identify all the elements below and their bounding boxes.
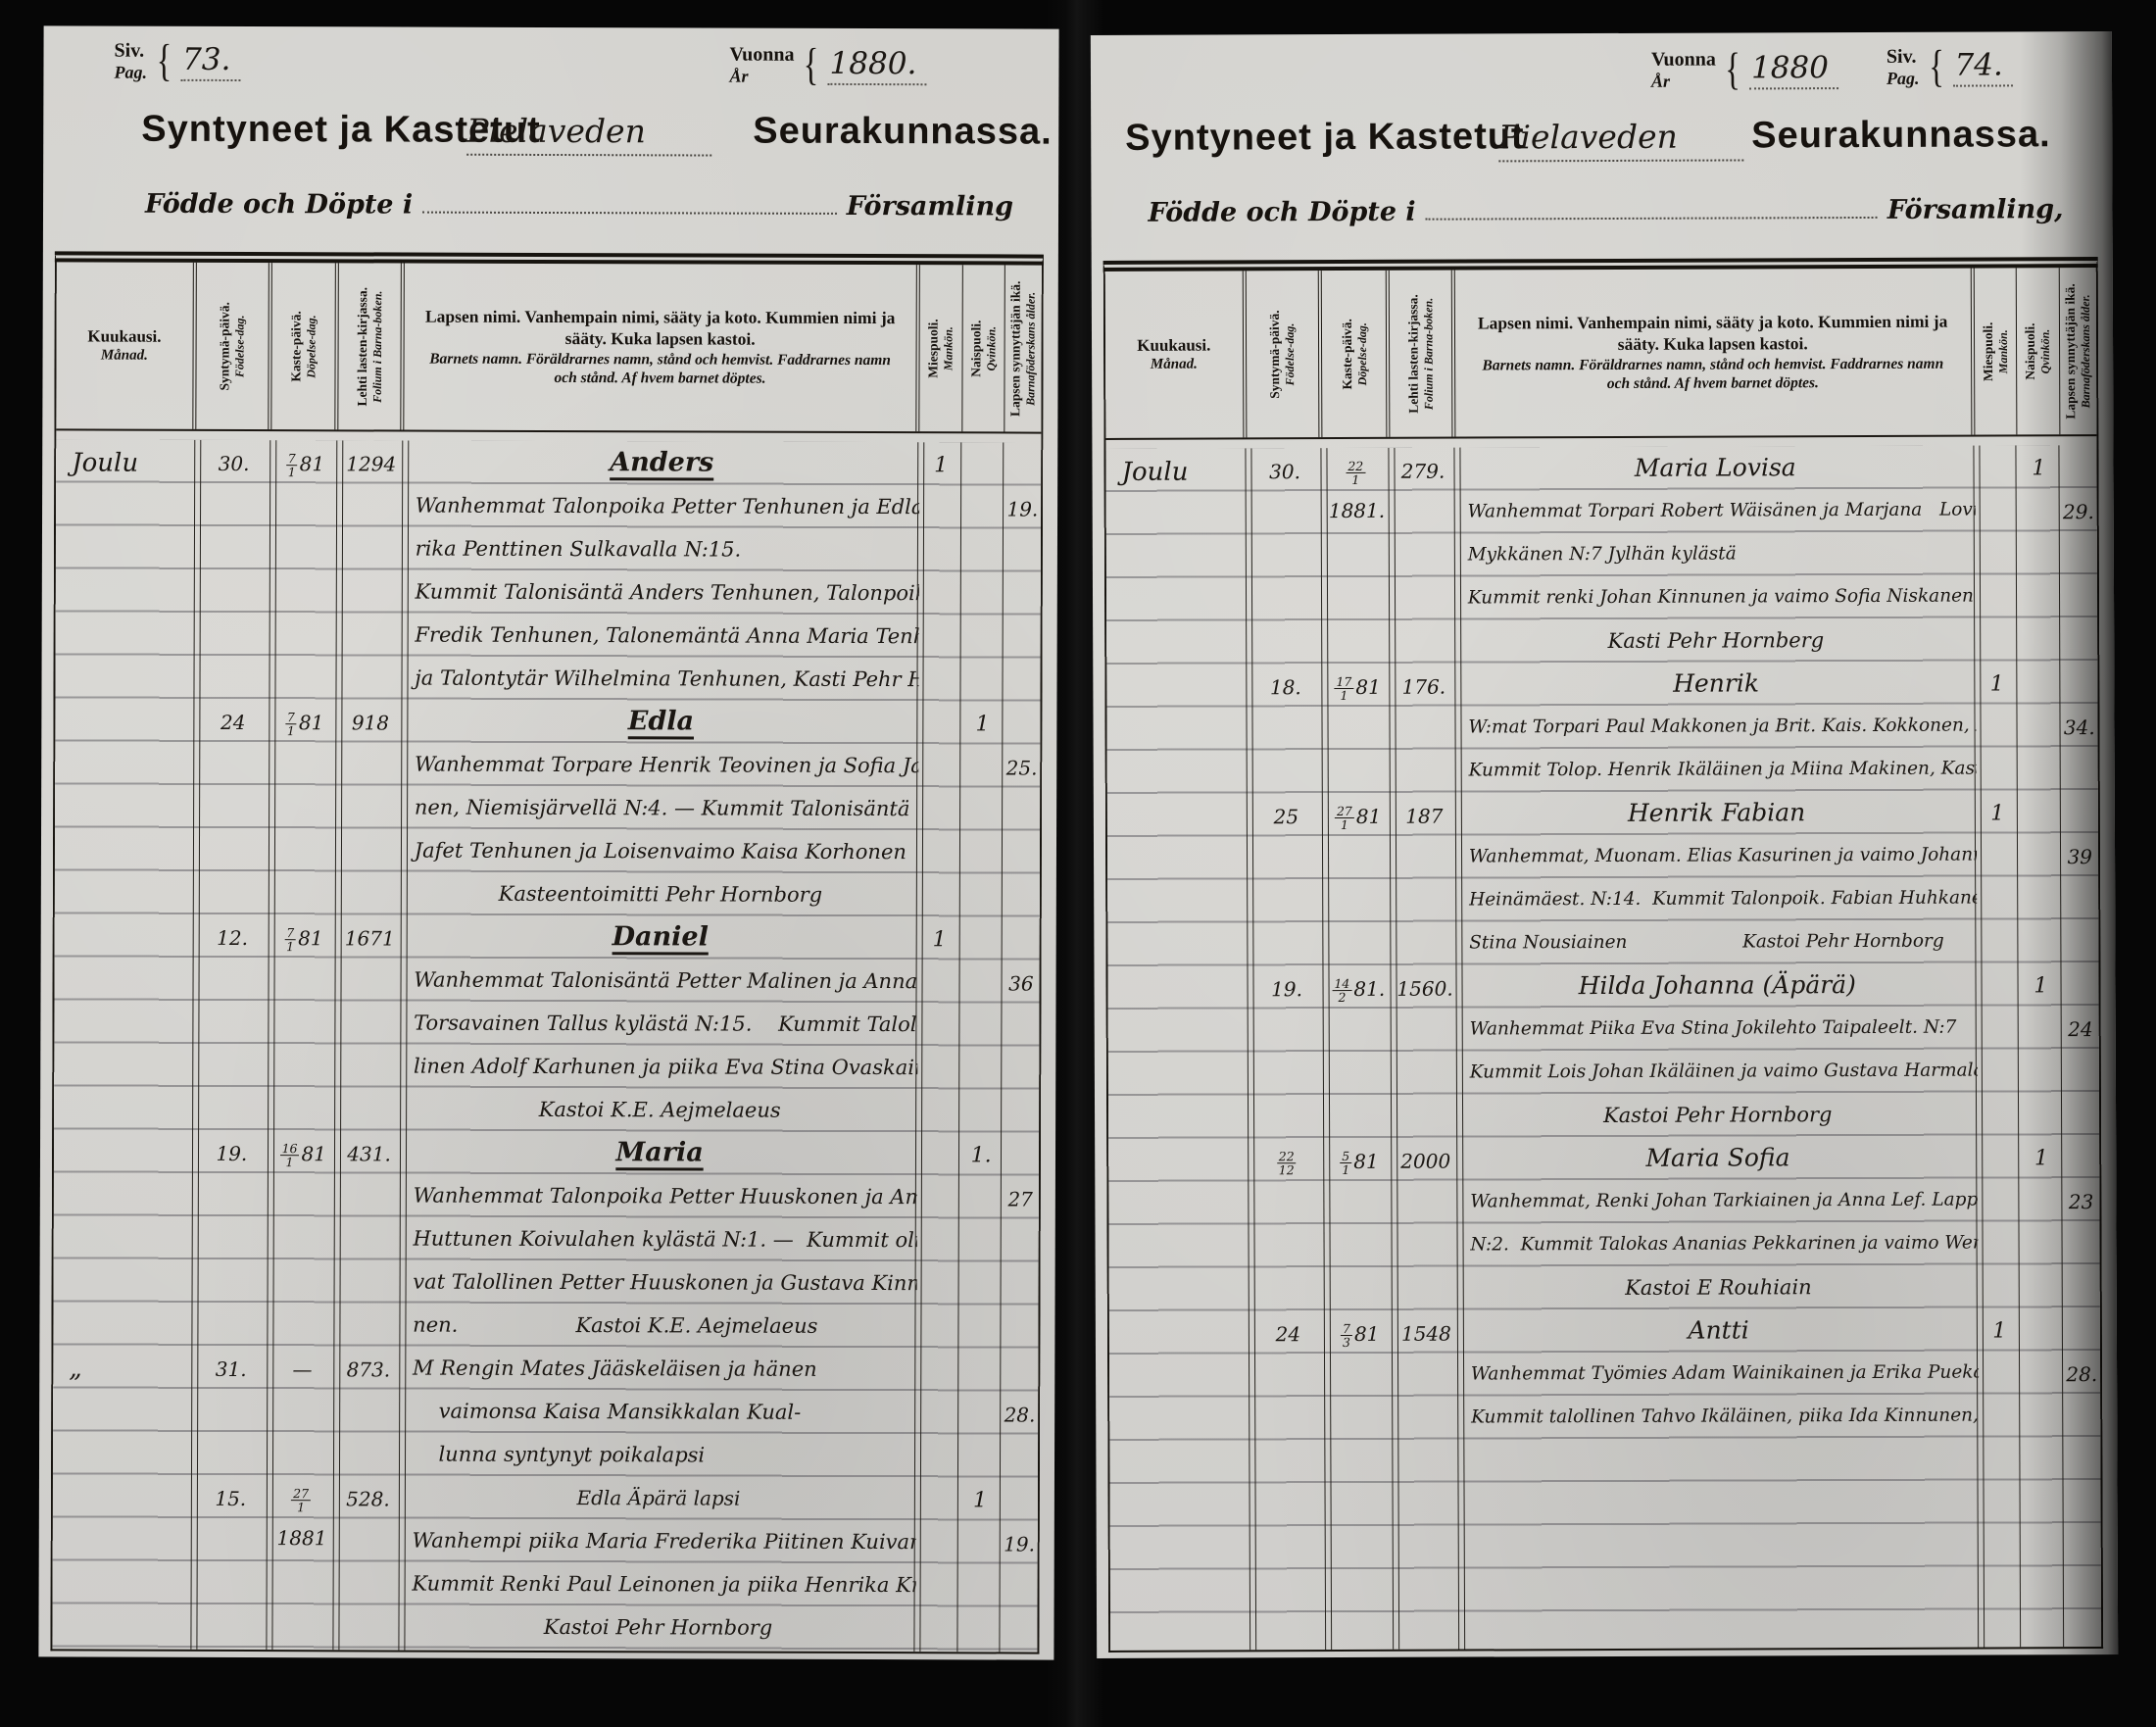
column-label-fi: Lapsen synnyttäjän ikä. — [1007, 280, 1024, 416]
column-label-sv: Döpelse-dag. — [1355, 319, 1370, 389]
entry-main-text: Henrik FabianWanhemmat, Muonam. Elias Ka… — [1457, 791, 1977, 965]
entry-female-mark: 1 — [2020, 962, 2063, 1135]
entry-mother-age: 27 — [1002, 1132, 1039, 1348]
entry-text-line: rika Penttinen Sulkavalla N:15. — [416, 527, 908, 572]
entry-main-text: M Rengin Mates Jääskeläisen ja hänen vai… — [401, 1347, 917, 1478]
entry-baptism-date: 7181 — [269, 914, 337, 1130]
entry-text-line: Stina Nousiainen Kastoi Pehr Hornborg — [1469, 920, 1965, 965]
entry-month: „ — [53, 1345, 193, 1474]
register-entry: 19. 14281. 1560. Hilda Johanna (Äpärä)Wa… — [1107, 962, 2099, 1139]
column-header-baptism: Kaste-päivä. Döpelse-dag. — [271, 263, 339, 429]
page-header-right: Vuonna År { 1880 Siv. Pag. { 74. Syntyne… — [1091, 31, 2113, 261]
register-entry: Joulu 30. 7181 1294 AndersWanhemmat Talo… — [55, 439, 1041, 701]
entry-birth-date: 25 — [1248, 793, 1325, 965]
column-header-folio: Lehti lasten-kirjassa. Folium i Barna-bo… — [339, 263, 405, 429]
column-label-sv: Månad. — [87, 347, 161, 366]
entry-folio-number: 918 — [337, 699, 403, 914]
entry-main-text: MariaWanhemmat Talonpoika Petter Huuskon… — [401, 1131, 917, 1349]
entry-text-line: linen Adolf Karhunen ja piika Eva Stina … — [414, 1045, 906, 1090]
column-header-female: Naispuoli. Qvinkön. — [2017, 268, 2060, 434]
stacked-date: 171 — [1334, 675, 1353, 702]
column-header-folio: Lehti lasten-kirjassa. Folium i Barna-bo… — [1390, 271, 1455, 437]
column-label-fi: Kaste-päivä. — [288, 311, 304, 381]
entry-text-line: nen. Kastoi K.E. Aejmelaeus — [413, 1304, 906, 1349]
register-page-right: Vuonna År { 1880 Siv. Pag. { 74. Syntyne… — [1091, 31, 2118, 1658]
entry-folio-number: 279. — [1391, 448, 1457, 664]
entry-baptism-date: 16181 — [269, 1130, 336, 1346]
register-entry: 24 7381 1548 AnttiWanhemmat Työmies Adam… — [1109, 1308, 2100, 1441]
entry-child-name: Maria Sofia — [1470, 1136, 1966, 1181]
stacked-date: 161 — [280, 1142, 300, 1168]
entry-birth-date: 18. — [1248, 664, 1324, 793]
entry-text-line: Kummit renki Johan Kinnunen ja vaimo Sof… — [1468, 575, 1964, 620]
entry-female-mark — [2019, 790, 2062, 962]
entry-male-mark: 1 — [917, 916, 960, 1132]
column-header-month: Kuukausi. Månad. — [56, 262, 196, 428]
entry-main-text: EdlaWanhemmat Torpare Henrik Teovinen ja… — [403, 700, 919, 917]
column-label-fi: Kaste-päivä. — [1339, 319, 1354, 389]
entry-child-name: Maria Lovisa — [1467, 446, 1963, 491]
parish-name-handwritten: Pielaveden — [466, 112, 711, 157]
stacked-date: 142 — [1332, 977, 1351, 1004]
column-header-age: Lapsen synnyttäjän ikä. Barnaföderskans … — [1004, 265, 1042, 431]
register-entry: Joulu 30. 2211881. 279. Maria LovisaWanh… — [1105, 445, 2097, 665]
table-body: Joulu 30. 2211881. 279. Maria LovisaWanh… — [1105, 445, 2101, 1651]
entry-mother-age: 39 — [2061, 790, 2098, 962]
siv-label: Siv. — [114, 40, 147, 63]
entry-baptism-date: 27181 — [1324, 793, 1392, 965]
entry-mother-age: 29. — [2060, 445, 2097, 661]
entry-child-name: Edla — [415, 700, 907, 745]
entry-female-mark — [959, 1348, 1003, 1477]
entry-text-line: Kummit Talonisäntä Anders Tenhunen, Talo… — [415, 570, 907, 616]
entry-main-text: Hilda Johanna (Äpärä)Wanhemmat Piika Eva… — [1457, 963, 1977, 1138]
entry-male-mark — [916, 1477, 959, 1650]
column-label-fi: Syntymä-päivä. — [1267, 310, 1284, 398]
entry-birth-date: 2212 — [1249, 1138, 1327, 1310]
register-entry: 24 7181 918 EdlaWanhemmat Torpare Henrik… — [55, 698, 1041, 916]
register-entry: 25 27181 187 Henrik FabianWanhemmat, Muo… — [1107, 790, 2099, 966]
entry-baptizer-line: Kasti Pehr Hornberg — [1468, 618, 1964, 664]
entry-text-line: Wanhemmat Talonpoika Petter Huuskonen ja… — [414, 1174, 906, 1219]
entry-month — [1106, 664, 1248, 794]
pag-label: Pag. — [1886, 69, 1920, 89]
entry-text-line: Jafet Tenhunen ja Loisenvaimo Kaisa Korh… — [415, 829, 907, 874]
entry-birth-date: 31. — [193, 1346, 269, 1475]
siv-label: Siv. — [1886, 46, 1920, 69]
column-header-female: Naispuoli. Qvinkön. — [962, 265, 1005, 431]
entry-male-mark: 1 — [1976, 661, 2019, 790]
column-label-sv: Barnets namn. Föräldrarnes namn, stånd o… — [1476, 354, 1950, 394]
entry-mother-age: 24 — [2062, 962, 2099, 1135]
brace-glyph: { — [804, 47, 819, 83]
column-label-fi: Lapsen synnyttäjän ikä. — [2063, 283, 2080, 419]
column-header-main: Lapsen nimi. Vanhempain nimi, sääty ja k… — [1455, 269, 1975, 437]
parish-name-handwritten: Pielaveden — [1498, 117, 1743, 162]
subtitle-prefix: Födde och Döpte i — [145, 189, 413, 221]
entry-birth-date: 30. — [1247, 448, 1324, 664]
column-label-sv: Mankön. — [1996, 321, 2011, 380]
entry-child-name: Anders — [416, 441, 908, 486]
entry-baptism-date: 2711881 — [268, 1475, 335, 1648]
page-title-suffix: Seurakunnassa. — [753, 111, 1053, 154]
entry-male-mark — [1975, 445, 2018, 661]
entry-month: Joulu — [1105, 448, 1247, 665]
stacked-date: 221 — [1346, 460, 1365, 486]
entry-mother-age: 28. — [2063, 1308, 2100, 1437]
entry-child-name: Daniel — [414, 915, 906, 961]
entry-child-name: Maria — [414, 1131, 906, 1176]
entry-baptizer-line: Kastoi K.E. Aejmelaeus — [414, 1088, 906, 1133]
scanned-register-spread: Siv. Pag. { 73. Vuonna År { 1880. Syntyn… — [0, 0, 2156, 1727]
entry-birth-date: 19. — [193, 1130, 269, 1346]
entry-female-mark — [961, 442, 1004, 701]
column-label-sv: Folium i Barna-boken. — [370, 287, 385, 407]
year-value: 1880. — [828, 46, 927, 85]
column-label-sv: Qvinkön. — [2038, 322, 2053, 379]
entry-female-mark — [2021, 1308, 2064, 1437]
entry-text-line: Fredik Tenhunen, Talonemäntä Anna Maria … — [415, 614, 907, 659]
entry-folio-number: 1671 — [336, 914, 402, 1130]
register-entry: „ 31. — 873. M Rengin Mates Jääskeläisen… — [53, 1345, 1038, 1477]
stacked-date: 71 — [285, 711, 297, 737]
entry-female-mark — [960, 916, 1004, 1132]
entry-month: Joulu — [55, 439, 196, 698]
entry-female-mark: 1 — [2018, 445, 2061, 661]
column-label-sv: Barnets namn. Föräldrarnes namn, stånd o… — [424, 349, 896, 388]
column-header-baptism: Kaste-päivä. Döpelse-dag. — [1322, 271, 1390, 437]
entry-baptizer-line: Kastoi E Rouhiain — [1470, 1265, 1966, 1310]
entry-birth-date: 15. — [192, 1475, 269, 1648]
entry-mother-age: 36 — [1003, 916, 1040, 1132]
stacked-date: 271 — [1335, 805, 1354, 831]
entry-text-line: Wanhemmat Torpare Henrik Teovinen ja Sof… — [415, 743, 907, 788]
brace-glyph: { — [156, 43, 171, 79]
entry-text-line: N:2. Kummit Talokas Ananias Pekkarinen j… — [1470, 1222, 1966, 1267]
column-label-fi: Naispuoli. — [2023, 322, 2038, 379]
swedish-subtitle: Födde och Döpte i Församling, — [1148, 194, 2063, 228]
entry-female-mark: 1 — [2020, 1135, 2063, 1308]
entry-month — [55, 698, 195, 913]
entry-main-text: Edla Äpärä lapsiWanhempi piika Maria Fre… — [400, 1476, 916, 1651]
entry-male-mark — [1978, 1135, 2021, 1308]
entry-main-text: DanielWanhemmat Talonisäntä Petter Malin… — [402, 915, 918, 1133]
stacked-date: 51 — [1340, 1150, 1351, 1176]
entry-male-mark: 1 — [1976, 790, 2019, 962]
entry-baptizer-line: Kasteentoimitti Pehr Hornborg — [415, 872, 907, 917]
entry-text-line: vaimonsa Kaisa Mansikkalan Kual- — [413, 1390, 906, 1435]
entry-mother-age: 19. — [1001, 1477, 1038, 1650]
column-label-sv: Barnaföderskans ålder. — [1024, 280, 1039, 416]
entry-month — [1107, 793, 1249, 966]
stacked-date: 71 — [286, 452, 298, 478]
entry-baptism-date: 14281. — [1325, 965, 1393, 1138]
stacked-date: 2212 — [1277, 1150, 1297, 1176]
ar-label: År — [1651, 72, 1716, 92]
entry-baptism-date: 5181 — [1326, 1138, 1394, 1310]
entry-month — [1107, 965, 1249, 1139]
column-header-birth: Syntymä-päivä. Födelse-dag. — [1246, 271, 1322, 437]
entry-text-line: vat Talollinen Petter Huuskonen ja Gusta… — [413, 1260, 906, 1306]
entry-female-mark: 1 — [960, 701, 1004, 916]
column-label-fi: Lehti lasten-kirjassa. — [355, 287, 371, 407]
entry-birth-date: 24 — [1249, 1310, 1326, 1440]
entry-text-line: Wanhemmat Torpari Robert Wäisänen ja Mar… — [1467, 489, 1963, 534]
entry-mother-age: 23 — [2063, 1135, 2100, 1308]
column-label-sv: Månad. — [1137, 356, 1210, 374]
column-header-age: Lapsen synnyttäjän ikä. Barnaföderskans … — [2059, 268, 2096, 434]
entry-month — [1109, 1310, 1250, 1441]
entry-child-name: Antti — [1471, 1308, 1967, 1354]
year-value: 1880 — [1749, 50, 1838, 89]
subtitle-suffix: Församling, — [1887, 194, 2064, 225]
entry-main-text: HenrikW:mat Torpari Paul Makkonen ja Bri… — [1456, 662, 1976, 793]
register-entry: 12. 7181 1671 DanielWanhemmat Talonisänt… — [54, 913, 1040, 1132]
entry-text-line: Kummit Tolop. Henrik Ikäläinen ja Miina … — [1468, 748, 1964, 793]
entry-mother-age: 25. — [1004, 701, 1041, 916]
register-entry: 19. 16181 431. MariaWanhemmat Talonpoika… — [53, 1129, 1039, 1348]
register-entry: 15. 2711881 528. Edla Äpärä lapsiWanhemp… — [52, 1474, 1038, 1650]
page-title-prefix: Syntyneet ja Kastetut — [1125, 116, 1525, 160]
entry-baptism-date: 17181 — [1324, 664, 1392, 793]
entry-folio-number: 1548 — [1394, 1310, 1459, 1440]
column-label-sv: Födelse-dag. — [1283, 310, 1298, 398]
column-header-main: Lapsen nimi. Vanhempain nimi, sääty ja k… — [404, 264, 920, 432]
entry-text-line: Kummit Lois Johan Ikäläinen ja vaimo Gus… — [1470, 1050, 1966, 1095]
entry-male-mark — [1977, 962, 2020, 1135]
page-header-left: Siv. Pag. { 73. Vuonna År { 1880. Syntyn… — [43, 25, 1059, 254]
entry-text-line: nen, Niemisjärvellä N:4. — Kummit Taloni… — [415, 786, 907, 831]
column-label-sv: Födelse-dag. — [233, 302, 248, 390]
entry-text-line: M Rengin Mates Jääskeläisen ja hänen — [413, 1347, 906, 1392]
entry-child-name: Hilda Johanna (Äpärä) — [1469, 963, 1965, 1009]
entry-text-line: Wanhemmat Työmies Adam Wainikainen ja Er… — [1471, 1352, 1967, 1397]
stacked-date: 73 — [1341, 1322, 1352, 1349]
entry-month — [52, 1474, 192, 1647]
column-label-fi: Lapsen nimi. Vanhempain nimi, sääty ja k… — [1476, 311, 1950, 356]
entry-folio-number: 528. — [335, 1475, 401, 1648]
stacked-date: 71 — [284, 926, 296, 953]
entry-birth-date: 12. — [194, 914, 270, 1130]
vuonna-label: Vuonna — [729, 44, 794, 67]
entry-baptism-date: — — [269, 1346, 336, 1475]
entry-female-mark: 1. — [959, 1132, 1003, 1348]
entry-mother-age: 34. — [2061, 661, 2098, 790]
entry-child-name: Henrik Fabian — [1469, 791, 1965, 836]
entry-text-line: Heinämäest. N:14. Kummit Talonpoik. Fabi… — [1469, 877, 1965, 922]
column-label-sv: Qvinkön. — [984, 320, 999, 376]
entry-text-line: Wanhemmat Talonisäntä Petter Malinen ja … — [414, 959, 906, 1004]
column-label-fi: Lapsen nimi. Vanhempain nimi, sääty ja k… — [424, 306, 896, 350]
entry-child-name: Edla Äpärä lapsi — [413, 1476, 906, 1521]
year-box: Vuonna År { 1880. — [729, 44, 926, 87]
entry-baptism-date: 2211881. — [1323, 448, 1392, 664]
entry-mother-age: 19. — [1004, 442, 1041, 701]
table-header-row: Kuukausi. Månad. Syntymä-päivä. Födelse-… — [56, 262, 1042, 433]
entry-text-line: Huttunen Koivulahen kylästä N:1. — Kummi… — [413, 1217, 906, 1262]
entry-text-line: Wanhemmat, Muonam. Elias Kasurinen ja va… — [1469, 834, 1965, 879]
entry-main-text: Maria LovisaWanhemmat Torpari Robert Wäi… — [1455, 446, 1976, 664]
register-table: Kuukausi. Månad. Syntymä-päivä. Födelse-… — [1103, 257, 2103, 1653]
column-label-fi: Kuukausi. — [87, 326, 161, 347]
entry-baptism-date: 7181 — [270, 699, 338, 914]
year-box: Vuonna År { 1880 — [1651, 48, 1838, 91]
page-number-box: Siv. Pag. { 74. — [1886, 45, 2013, 88]
table-header-row: Kuukausi. Månad. Syntymä-päivä. Födelse-… — [1105, 268, 2097, 440]
entry-text-line: Torsavainen Tallus kylästä N:15. Kummit … — [414, 1002, 906, 1047]
column-label-fi: Syntymä-päivä. — [218, 302, 233, 390]
entry-mother-age: 28. — [1002, 1348, 1039, 1477]
column-label-fi: Miespuoli. — [1981, 321, 1996, 380]
entry-baptizer-line: Kastoi Pehr Hornborg — [1470, 1093, 1966, 1138]
entry-text-line: Kummit talollinen Tahvo Ikäläinen, piika… — [1471, 1395, 1967, 1440]
entry-main-text: AndersWanhemmat Talonpoika Petter Tenhun… — [403, 441, 919, 702]
entry-text-line: ja Talontytär Wilhelmina Tenhunen, Kasti… — [415, 657, 907, 702]
entry-birth-date: 30. — [195, 440, 271, 699]
entry-folio-number: 873. — [335, 1346, 401, 1475]
entry-text-line: Mykkänen N:7 Jylhän kylästä — [1468, 532, 1964, 577]
entry-text-line: Wanhemmat Piika Eva Stina Jokilehto Taip… — [1469, 1007, 1965, 1052]
entry-folio-number: 1560. — [1393, 965, 1458, 1138]
dotted-rule — [422, 196, 837, 215]
brace-glyph: { — [1725, 52, 1740, 88]
entry-text-line: Wanhemmat Talonpoika Petter Tenhunen ja … — [416, 484, 908, 529]
entry-month — [54, 913, 194, 1129]
entry-male-mark: 1 — [919, 442, 962, 701]
entry-folio-number: 187 — [1392, 793, 1457, 965]
ar-label: År — [729, 67, 794, 87]
entry-male-mark — [918, 701, 961, 916]
entry-text-line: Wanhemmat, Renki Johan Tarkiainen ja Ann… — [1470, 1179, 1966, 1224]
entry-female-mark: 1 — [958, 1477, 1002, 1650]
column-label-fi: Kuukausi. — [1137, 335, 1210, 357]
entry-birth-date: 19. — [1249, 965, 1326, 1138]
page-title-suffix: Seurakunnassa. — [1751, 114, 2051, 157]
page-number: 74. — [1952, 47, 2012, 86]
entry-male-mark: 1 — [1978, 1308, 2021, 1437]
column-header-month: Kuukausi. Månad. — [1105, 271, 1247, 438]
register-entry: 18. 17181 176. HenrikW:mat Torpari Paul … — [1106, 661, 2097, 794]
entry-folio-number: 1294 — [338, 440, 404, 699]
table-body: Joulu 30. 7181 1294 AndersWanhemmat Talo… — [52, 439, 1041, 1652]
column-label-sv: Döpelse-dag. — [305, 311, 319, 381]
entry-baptism-date: 7381 — [1326, 1310, 1394, 1440]
entry-main-text: Maria SofiaWanhemmat, Renki Johan Tarkia… — [1458, 1136, 1978, 1310]
register-table: Kuukausi. Månad. Syntymä-päivä. Födelse-… — [50, 251, 1043, 1653]
entry-month — [1108, 1138, 1249, 1311]
entry-text-line: lunna syntynyt poikalapsi — [413, 1433, 906, 1478]
entry-female-mark — [2018, 661, 2061, 790]
entry-folio-number: 2000 — [1393, 1138, 1458, 1310]
pag-label: Pag. — [114, 63, 147, 83]
subtitle-suffix: Församling — [847, 191, 1013, 222]
page-number: 73. — [180, 42, 240, 81]
dotted-rule — [1426, 201, 1878, 221]
entry-birth-date: 24 — [194, 699, 270, 914]
column-label-sv: Folium i Barna-boken. — [1421, 294, 1436, 414]
entry-month — [53, 1129, 193, 1345]
vuonna-label: Vuonna — [1651, 49, 1716, 72]
column-label-sv: Barnaföderskans ålder. — [2079, 283, 2093, 419]
register-entry: 2212 5181 2000 Maria SofiaWanhemmat, Ren… — [1108, 1135, 2100, 1311]
entry-main-text: AnttiWanhemmat Työmies Adam Wainikainen … — [1459, 1308, 1979, 1440]
brace-glyph: { — [1929, 49, 1944, 85]
entry-text-line: Wanhempi piika Maria Frederika Piitinen … — [412, 1519, 905, 1564]
entry-text-line: W:mat Torpari Paul Makkonen ja Brit. Kai… — [1468, 705, 1964, 750]
entry-folio-number: 431. — [336, 1130, 402, 1346]
entry-male-mark — [916, 1348, 959, 1477]
column-header-male: Miespuoli. Mankön. — [920, 265, 963, 431]
subtitle-prefix: Födde och Döpte i — [1148, 197, 1415, 228]
column-label-sv: Mankön. — [942, 319, 956, 377]
page-number-box: Siv. Pag. { 73. — [114, 40, 240, 83]
entry-child-name: Henrik — [1468, 662, 1964, 707]
column-header-birth: Syntymä-päivä. Födelse-dag. — [196, 263, 272, 429]
register-page-left: Siv. Pag. { 73. Vuonna År { 1880. Syntyn… — [38, 25, 1058, 1659]
column-label-fi: Miespuoli. — [926, 319, 942, 377]
entry-male-mark — [917, 1132, 960, 1348]
stacked-date: 271 — [291, 1487, 311, 1513]
entry-folio-number: 176. — [1391, 664, 1456, 793]
column-label-fi: Naispuoli. — [968, 320, 984, 376]
swedish-subtitle: Födde och Döpte i Församling — [145, 189, 1013, 222]
column-header-male: Miespuoli. Mankön. — [1974, 268, 2017, 434]
entry-baptism-date: 7181 — [271, 440, 339, 699]
column-label-fi: Lehti lasten-kirjassa. — [1405, 294, 1422, 414]
entry-text-line: Kummit Renki Paul Leinonen ja piika Henr… — [412, 1562, 905, 1607]
entry-baptizer-line: Kastoi Pehr Hornborg — [412, 1605, 905, 1651]
